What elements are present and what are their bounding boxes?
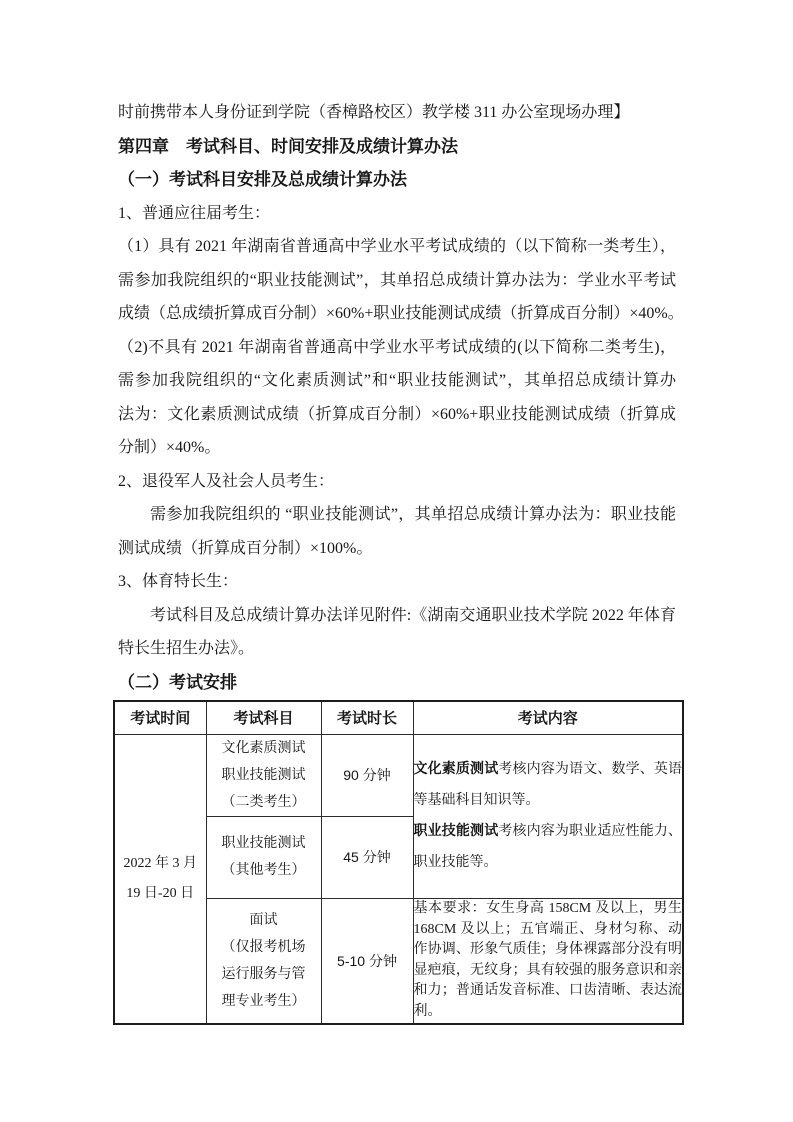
subject-cell-skill-other: 职业技能测试 （其他考生） bbox=[206, 816, 321, 898]
duration-cell-90min: 90 分钟 bbox=[321, 734, 413, 816]
duration-cell-5-10min: 5-10 分钟 bbox=[321, 898, 413, 1024]
item-1-label: 1、普通应往届考生： bbox=[118, 197, 676, 231]
para-1-line-3: 成绩（总成绩折算成百分制）×60%+职业技能测试成绩（折算成百分制）×40%。 bbox=[118, 297, 676, 331]
col-header-exam-content: 考试内容 bbox=[413, 701, 683, 734]
exam-content-interview-cell: 基本要求：女生身高 158CM 及以上，男生 168CM 及以上；五官端正、身材… bbox=[413, 898, 683, 1024]
col-header-exam-subject: 考试科目 bbox=[206, 701, 321, 734]
table-header-row: 考试时间 考试科目 考试时长 考试内容 bbox=[114, 701, 683, 734]
col-header-exam-time: 考试时间 bbox=[114, 701, 206, 734]
para-4-line-2: 特长生招生办法》。 bbox=[118, 632, 676, 666]
para-3-line-2: 测试成绩（折算成百分制）×100%。 bbox=[118, 532, 676, 566]
exam-date-cell: 2022 年 3 月 19 日-20 日 bbox=[114, 734, 206, 1024]
body-line-carryover: 时前携带本人身份证到学院（香樟路校区）教学楼 311 办公室现场办理】 bbox=[118, 96, 676, 130]
content-paragraph-culture: 文化素质测试考核内容为语文、数学、英语等基础科目知识等。 bbox=[414, 754, 683, 816]
exam-content-merged-cell: 文化素质测试考核内容为语文、数学、英语等基础科目知识等。 职业技能测试考核内容为… bbox=[413, 734, 683, 898]
para-2-line-2: 需参加我院组织的“文化素质测试”和“职业技能测试”，其单招总成绩计算办 bbox=[118, 364, 676, 398]
content-culture-bold: 文化素质测试 bbox=[414, 762, 499, 777]
document-page: 时前携带本人身份证到学院（香樟路校区）教学楼 311 办公室现场办理】 第四章 … bbox=[0, 0, 793, 1122]
exam-schedule-table: 考试时间 考试科目 考试时长 考试内容 2022 年 3 月 19 日-20 日… bbox=[113, 700, 684, 1025]
chapter-4-heading: 第四章 考试科目、时间安排及成绩计算办法 bbox=[118, 130, 676, 164]
section-2-heading: （二）考试安排 bbox=[118, 666, 676, 700]
para-2-line-1: （2)不具有 2021 年湖南省普通高中学业水平考试成绩的(以下简称二类考生)， bbox=[118, 331, 676, 365]
subject-cell-interview: 面试 （仅报考机场 运行服务与管 理专业考生） bbox=[206, 898, 321, 1024]
para-1-line-2: 需参加我院组织的“职业技能测试”，其单招总成绩计算办法为：学业水平考试 bbox=[118, 264, 676, 298]
table-row-culture-skill: 2022 年 3 月 19 日-20 日 文化素质测试 职业技能测试 （二类考生… bbox=[114, 734, 683, 816]
para-3-line-1: 需参加我院组织的 “职业技能测试”，其单招总成绩计算办法为：职业技能 bbox=[118, 498, 676, 532]
para-1-line-1: （1）具有 2021 年湖南省普通高中学业水平考试成绩的（以下简称一类考生）， bbox=[118, 230, 676, 264]
content-paragraph-skill: 职业技能测试考核内容为职业适应性能力、职业技能等。 bbox=[414, 816, 683, 878]
para-2-line-4: 分制）×40%。 bbox=[118, 431, 676, 465]
duration-cell-45min: 45 分钟 bbox=[321, 816, 413, 898]
col-header-exam-duration: 考试时长 bbox=[321, 701, 413, 734]
item-2-label: 2、退役军人及社会人员考生： bbox=[118, 465, 676, 499]
para-2-line-3: 法为：文化素质测试成绩（折算成百分制）×60%+职业技能测试成绩（折算成百 bbox=[118, 398, 676, 432]
item-3-label: 3、体育特长生： bbox=[118, 565, 676, 599]
content-skill-bold: 职业技能测试 bbox=[414, 824, 499, 839]
body-text-block: 时前携带本人身份证到学院（香樟路校区）教学楼 311 办公室现场办理】 第四章 … bbox=[118, 96, 676, 699]
section-1-heading: （一）考试科目安排及总成绩计算办法 bbox=[118, 163, 676, 197]
subject-cell-culture-skill: 文化素质测试 职业技能测试 （二类考生） bbox=[206, 734, 321, 816]
para-4-line-1: 考试科目及总成绩计算办法详见附件:《湖南交通职业技术学院 2022 年体育 bbox=[118, 599, 676, 633]
